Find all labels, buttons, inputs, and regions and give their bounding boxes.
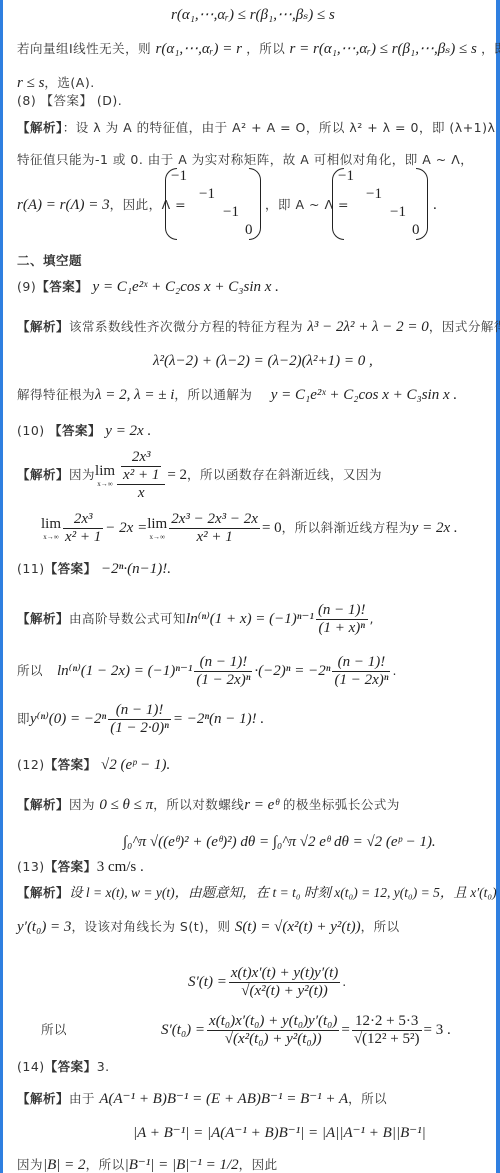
q9-factored-formula: λ²(λ−2) + (λ−2) = (λ−2)(λ²+1) = 0 ,	[153, 352, 373, 370]
inner-denominator: x² + 1	[121, 467, 161, 484]
text: 因为	[69, 797, 95, 812]
q11-analysis-line-1: 【解析】由高阶导数公式可知 ln⁽ⁿ⁾(1 + x) = (−1)ⁿ⁻¹ (n …	[17, 600, 374, 638]
formula: = 0	[262, 519, 282, 537]
q10-analysis-line-1: 【解析】因为 limx→∞ 2x³x² + 1 x = 2，所以函数存在斜渐近线…	[17, 452, 382, 498]
period: .	[342, 973, 346, 991]
q8-analysis-line-2: 特征值只能为-1 或 0. 由于 A 为实对称矩阵，故 A 可相似对角化，即 A…	[17, 151, 473, 169]
formula: y = C₁e²ˣ + C₂cos x + C₃sin x .	[271, 387, 457, 403]
q12-arc-length-formula: ∫₀^π √((eᶿ)² + (eᶿ)²) dθ = ∫₀^π √2 eᶿ dθ…	[123, 833, 436, 851]
denominator: (1 − 2·0)ⁿ	[108, 720, 171, 737]
question-number: (8)	[17, 93, 36, 108]
formula: S′(t) =	[188, 973, 227, 991]
q9-analysis-line-1: 【解析】该常系数线性齐次微分方程的特征方程为 λ³ − 2λ² + λ − 2 …	[17, 318, 500, 336]
formula: y′(t₀) = 3	[17, 919, 71, 935]
formula: = 3 .	[424, 1021, 451, 1039]
answer-value: (D).	[97, 93, 122, 108]
numerator: (n − 1)!	[332, 654, 390, 672]
analysis-label: 【解析】	[17, 797, 69, 812]
answer-label: 【答案】	[45, 859, 97, 874]
denominator: (1 − 2x)ⁿ	[194, 672, 252, 689]
matrix-entry: 0	[412, 222, 420, 239]
equals: =	[341, 1021, 349, 1039]
formula: ·(−2)ⁿ = −2ⁿ	[254, 662, 330, 680]
q11-answer-line: (11)【答案】 −2ⁿ·(n−1)!.	[17, 560, 171, 578]
matrix-entry: 0	[245, 222, 253, 239]
matrix-entry: −1	[171, 168, 187, 185]
period: .	[433, 196, 437, 214]
formula: − 2x =	[105, 519, 147, 537]
answer-label: 【答案】	[45, 561, 97, 576]
text: 所以	[17, 662, 43, 680]
text: 由于	[69, 1091, 95, 1106]
text: ，所以	[246, 41, 285, 56]
q14-answer-line: (14)【答案】3.	[17, 1058, 110, 1076]
formula: 0 ≤ θ ≤ π	[99, 797, 153, 813]
document-page: r(α₁,⋯,αᵣ) ≤ r(β₁,⋯,βₛ) ≤ s 若向量组Ⅰ线性无关，则 …	[0, 0, 500, 1173]
fraction: (n − 1)!(1 − 2x)ⁿ	[332, 654, 390, 689]
formula: = 2	[167, 466, 187, 484]
q10-analysis-line-2: limx→∞ 2x³x² + 1 − 2x = limx→∞ 2x³ − 2x³…	[41, 508, 458, 548]
answer-label: 【答案】	[45, 1059, 97, 1074]
formula: |B| = 2	[43, 1157, 86, 1173]
formula: A(A⁻¹ + B)B⁻¹ = (E + AB)B⁻¹ = B⁻¹ + A	[99, 1091, 348, 1107]
question-number: (13)	[17, 859, 45, 874]
text: ，因式分解得	[429, 319, 500, 334]
text: ，所以通解为	[174, 387, 252, 402]
formula: r = r(α₁,⋯,αᵣ) ≤ r(β₁,⋯,βₛ) ≤ s	[290, 41, 477, 57]
text: ，选(A).	[44, 75, 94, 90]
answer-label: 【答案】	[45, 757, 97, 772]
comma: .	[392, 662, 396, 680]
denominator: x² + 1	[169, 529, 260, 546]
fraction: 2x³ − 2x³ − 2xx² + 1	[169, 511, 260, 546]
denominator: (1 − 2x)ⁿ	[332, 672, 390, 689]
fraction: (n − 1)!(1 + x)ⁿ	[316, 602, 368, 637]
analysis-label: 【解析】	[17, 610, 69, 628]
text-line: r ≤ s，选(A).	[17, 74, 95, 92]
analysis-label: 【解析】	[17, 466, 69, 484]
answer-value: −2ⁿ·(n−1)!.	[101, 561, 171, 577]
analysis-label: 【解析】	[17, 319, 69, 334]
text: ，所以对数螺线	[153, 797, 244, 812]
answer-label: 【答案】	[36, 279, 88, 294]
text-line: 若向量组Ⅰ线性无关，则 r(α₁,⋯,αᵣ) = r ，所以 r = r(α₁,…	[17, 40, 500, 58]
limit-subscript: x→∞	[41, 533, 61, 541]
fraction: (n − 1)!(1 − 2·0)ⁿ	[108, 702, 171, 737]
formula: r(A) = r(Λ) = 3	[17, 197, 110, 213]
denominator: x² + 1	[63, 529, 103, 546]
formula: = −2ⁿ(n − 1)! .	[173, 710, 264, 728]
matrix-entry: −1	[223, 204, 239, 221]
answer-label: 【答案】	[41, 93, 93, 108]
formula: r(α₁,⋯,αᵣ) = r	[155, 41, 241, 57]
answer-value: y = 2x .	[105, 423, 151, 439]
text: 解得特征根为	[17, 387, 95, 402]
text: 特征值只能为-1 或 0. 由于 A 为实对称矩阵，故 A 可相似对角化，即 A…	[17, 152, 473, 167]
matrix-entry: −1	[199, 186, 215, 203]
q9-analysis-line-3: 解得特征根为λ = 2, λ = ± i，所以通解为 y = C₁e²ˣ + C…	[17, 386, 457, 404]
analysis-label: 【解析】	[17, 1091, 69, 1106]
q12-analysis-line-1: 【解析】因为 0 ≤ θ ≤ π，所以对数螺线r = eᶿ 的极坐标弧长公式为	[17, 796, 400, 814]
text: ，因此	[239, 1157, 278, 1172]
question-number: (9)	[17, 279, 36, 294]
q10-answer-line: (10) 【答案】 y = 2x .	[17, 422, 151, 440]
text: ，所以	[348, 1091, 387, 1106]
q14-determinant-formula: |A + B⁻¹| = |A(A⁻¹ + B)B⁻¹| = |A||A⁻¹ + …	[133, 1124, 426, 1142]
text: 因为	[69, 466, 95, 484]
q9-answer-line: (9)【答案】 y = C₁e²ˣ + C₂cos x + C₃sin x .	[17, 278, 279, 296]
answer-value: 3.	[97, 1059, 110, 1074]
answer-label: 【答案】	[49, 423, 101, 438]
text: 该常系数线性齐次微分方程的特征方程为	[69, 319, 303, 334]
text: ，即	[481, 41, 500, 56]
formula: |B⁻¹| = |B|⁻¹ = 1/2	[125, 1157, 239, 1173]
text: 若向量组Ⅰ线性无关，则	[17, 41, 151, 56]
answer-value: 3 cm/s .	[97, 859, 144, 875]
text: 所以	[41, 1021, 67, 1039]
formula: y = 2x .	[412, 519, 458, 537]
lim: lim	[95, 463, 115, 479]
analysis-label: 【解析】	[17, 885, 69, 900]
formula: r = eᶿ	[244, 797, 278, 813]
denominator: √(12² + 5²)	[352, 1031, 422, 1048]
matrix-entry: −1	[390, 204, 406, 221]
fraction: 12·2 + 5·3√(12² + 5²)	[352, 1013, 422, 1048]
denominator: (1 + x)ⁿ	[316, 620, 368, 637]
fraction: x(t)x′(t) + y(t)y′(t)√(x²(t) + y²(t))	[229, 965, 340, 1000]
q13-analysis-line-1: 【解析】设 l = x(t), w = y(t)，由题意知，在 t = t₀ 时…	[17, 884, 500, 902]
formula: λ³ − 2λ² + λ − 2 = 0	[307, 319, 428, 335]
numerator: 2x³x² + 1	[117, 449, 165, 485]
numerator: x(t₀)x′(t₀) + y(t₀)y′(t₀)	[207, 1013, 339, 1031]
numerator: x(t)x′(t) + y(t)y′(t)	[229, 965, 340, 983]
nested-fraction: 2x³x² + 1 x	[117, 449, 165, 502]
inner-numerator: 2x³	[121, 449, 161, 467]
formula: r ≤ s	[17, 75, 44, 91]
q8-analysis-line-1: 【解析】：设 λ 为 A 的特征值，由于 A² + A = O，所以 λ² + …	[17, 119, 500, 137]
text: ：设 λ 为 A 的特征值，由于 A² + A = O，所以 λ² + λ = …	[63, 120, 500, 135]
diagonal-matrix-lambda-2: −1 −1 −1 0	[332, 168, 428, 240]
text: ，所以函数存在斜渐近线，又因为	[187, 466, 382, 484]
lim: lim	[147, 516, 167, 532]
question-number: (12)	[17, 757, 45, 772]
formula: ln⁽ⁿ⁾(1 + x) = (−1)ⁿ⁻¹	[186, 610, 314, 628]
numerator: (n − 1)!	[316, 602, 368, 620]
numerator: (n − 1)!	[108, 702, 171, 720]
q13-derivative-formula: S′(t) = x(t)x′(t) + y(t)y′(t)√(x²(t) + y…	[188, 962, 347, 1002]
formula: y⁽ⁿ⁾(0) = −2ⁿ	[30, 710, 106, 728]
limit-operator: limx→∞	[147, 515, 167, 541]
formula: 设 l = x(t), w = y(t)，由题意知，在 t = t₀ 时刻 x(…	[69, 885, 500, 900]
formula: S(t) = √(x²(t) + y²(t))	[235, 919, 361, 935]
denominator: √(x²(t₀) + y²(t₀))	[207, 1031, 339, 1048]
q13-analysis-line-2: y′(t₀) = 3，设该对角线长为 S(t)，则 S(t) = √(x²(t)…	[17, 918, 400, 936]
limit-operator: limx→∞	[95, 462, 115, 488]
q8-answer-line: (8) 【答案】 (D).	[17, 92, 122, 110]
formula: S′(t₀) =	[161, 1021, 205, 1039]
matrix-entry: −1	[366, 186, 382, 203]
question-number: (10)	[17, 423, 45, 438]
formula-rank-inequality: r(α₁,⋯,αᵣ) ≤ r(β₁,⋯,βₛ) ≤ s	[171, 6, 335, 24]
numerator: 2x³	[63, 511, 103, 529]
text: ，设该对角线长为 S(t)，则	[71, 919, 230, 934]
numerator: 12·2 + 5·3	[352, 1013, 422, 1031]
lim: lim	[41, 516, 61, 532]
text: ，所以	[86, 1157, 125, 1172]
text: ，所以斜渐近线方程为	[282, 519, 412, 537]
q13-answer-line: (13)【答案】3 cm/s .	[17, 858, 144, 876]
limit-operator: limx→∞	[41, 515, 61, 541]
fraction: 2x³x² + 1	[63, 511, 103, 546]
inner-fraction: 2x³x² + 1	[121, 449, 161, 484]
q11-analysis-line-3: 即 y⁽ⁿ⁾(0) = −2ⁿ (n − 1)!(1 − 2·0)ⁿ = −2ⁿ…	[17, 700, 264, 738]
comma: ,	[370, 610, 374, 628]
text: 的极坐标弧长公式为	[283, 797, 400, 812]
q14-analysis-line-3: 因为|B| = 2，所以|B⁻¹| = |B|⁻¹ = 1/2，因此	[17, 1156, 278, 1173]
denominator: x	[117, 485, 165, 502]
text: 因为	[17, 1157, 43, 1172]
question-number: (14)	[17, 1059, 45, 1074]
analysis-label: 【解析】	[17, 120, 63, 135]
q14-analysis-line-1: 【解析】由于 A(A⁻¹ + B)B⁻¹ = (E + AB)B⁻¹ = B⁻¹…	[17, 1090, 387, 1108]
numerator: (n − 1)!	[194, 654, 252, 672]
limit-subscript: x→∞	[147, 533, 167, 541]
text: ，所以	[361, 919, 400, 934]
numerator: 2x³ − 2x³ − 2x	[169, 511, 260, 529]
denominator: √(x²(t) + y²(t))	[229, 983, 340, 1000]
answer-value: y = C₁e²ˣ + C₂cos x + C₃sin x .	[93, 279, 279, 295]
diagonal-matrix-lambda: −1 −1 −1 0	[165, 168, 261, 240]
limit-subscript: x→∞	[95, 480, 115, 488]
q12-answer-line: (12)【答案】 √2 (eᵖ − 1).	[17, 756, 170, 774]
q8-analysis-line-3: r(A) = r(Λ) = 3，因此，Λ =	[17, 196, 186, 214]
section-title: 二、填空题	[17, 252, 82, 270]
question-number: (11)	[17, 561, 45, 576]
fraction: x(t₀)x′(t₀) + y(t₀)y′(t₀)√(x²(t₀) + y²(t…	[207, 1013, 339, 1048]
text: 由高阶导数公式可知	[69, 610, 186, 628]
text: 即	[17, 710, 30, 728]
formula: λ = 2, λ = ± i	[95, 387, 174, 403]
fraction: (n − 1)!(1 − 2x)ⁿ	[194, 654, 252, 689]
q13-result-line: 所以 S′(t₀) = x(t₀)x′(t₀) + y(t₀)y′(t₀)√(x…	[41, 1010, 451, 1050]
formula: ln⁽ⁿ⁾(1 − 2x) = (−1)ⁿ⁻¹	[57, 662, 192, 680]
answer-value: √2 (eᵖ − 1).	[101, 757, 170, 773]
matrix-entry: −1	[338, 168, 354, 185]
q11-analysis-line-2: 所以 ln⁽ⁿ⁾(1 − 2x) = (−1)ⁿ⁻¹ (n − 1)!(1 − …	[17, 652, 397, 690]
